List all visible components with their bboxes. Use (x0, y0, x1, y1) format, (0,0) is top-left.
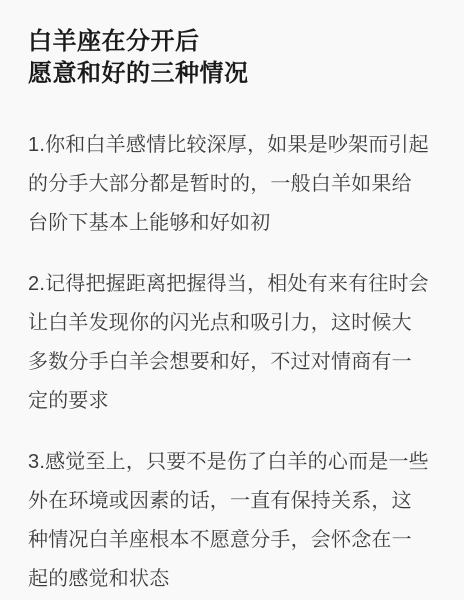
page-title-line-1: 白羊座在分开后 (28, 26, 434, 58)
page-title-line-2: 愿意和好的三种情况 (28, 58, 434, 90)
paragraph-1: 1.你和白羊感情比较深厚，如果是吵架而引起的分手大部分都是暂时的，一般白羊如果给… (28, 126, 430, 243)
page-title: 白羊座在分开后 愿意和好的三种情况 (28, 26, 434, 90)
paragraph-2: 2.记得把握距离把握得当，相处有来有往时会让白羊发现你的闪光点和吸引力，这时候大… (28, 265, 430, 421)
article-page: 白羊座在分开后 愿意和好的三种情况 1.你和白羊感情比较深厚，如果是吵架而引起的… (0, 0, 464, 600)
paragraph-3: 3.感觉至上，只要不是伤了白羊的心而是一些外在环境或因素的话，一直有保持关系，这… (28, 443, 430, 599)
